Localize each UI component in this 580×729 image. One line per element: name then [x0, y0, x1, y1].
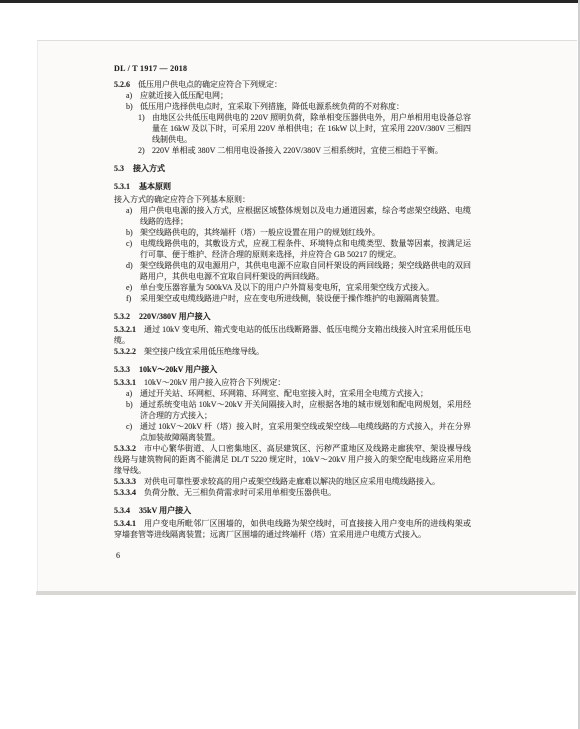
clause-number: 5.3.3.1: [114, 378, 136, 387]
list-item-e: e)单台变压器容量为 500kVA 及以下的用户户外简易变电所，宜采用架空线方式…: [114, 282, 471, 293]
item-marker: b): [126, 101, 133, 112]
heading-number: 5.3.4: [114, 506, 130, 515]
heading-5-3: 5.3接入方式: [114, 163, 471, 174]
item-marker: e): [126, 282, 132, 293]
heading-5-3-1: 5.3.1基本原则: [114, 181, 471, 192]
clause-text: 低压用户供电点的确定应符合下列规定：: [138, 80, 282, 89]
item-text: 220V 单相或 380V 二相用电设备接入 220V/380V 三相系统时，宜…: [152, 146, 443, 155]
heading-title: 接入方式: [133, 164, 165, 173]
item-marker: c): [126, 421, 132, 432]
clause-number: 5.3.3.2: [114, 444, 136, 453]
clause-text: 架空接户线宜采用低压绝缘导线。: [144, 347, 264, 356]
item-marker: a): [126, 205, 132, 216]
clause-5-3-2-1: 5.3.2.1通过 10kV 变电所、箱式变电站的低压出线断路器、低压电缆分支箱…: [114, 324, 471, 346]
heading-title: 220V/380V 用户接入: [139, 312, 211, 321]
item-marker: b): [126, 399, 133, 410]
item-marker: b): [126, 227, 133, 238]
item-text: 架空线路供电的，其终端杆（塔）一般应设置在用户的规划红线外。: [140, 228, 380, 237]
heading-number: 5.3: [114, 164, 124, 173]
item-text: 电缆线路供电的，其敷设方式，应视工程条件、环境特点和电缆类型、数量等因素，按满足…: [140, 239, 471, 259]
item-text: 通过 10kV～20kV 杆（塔）接入时，宜采用架空线或架空线—电缆线路的方式接…: [140, 422, 471, 442]
clause-number: 5.3.3.4: [114, 488, 136, 497]
item-text: 通过系统变电站 10kV～20kV 开关间隔接入时，应根据各地的城市规划和配电网…: [140, 400, 471, 420]
clause-number: 5.3.4.1: [114, 519, 136, 528]
clause-5-3-4-1: 5.3.4.1用户变电所毗邻厂区围墙的，如供电线路为架空线时，可直接接入用户变电…: [114, 518, 471, 540]
list-item-a: a)用户供电电源的接入方式，应根据区域整体规划以及电力通道因素，综合考虑架空线路…: [114, 205, 471, 227]
item-marker: f): [126, 293, 131, 304]
item-marker: 2): [138, 145, 145, 156]
clause-5-3-3-3: 5.3.3.3对供电可靠性要求较高的用户或架空线路走廊难以解决的地区应采用电缆线…: [114, 476, 471, 487]
clause-5-3-3-2: 5.3.3.2市中心繁华街道、人口密集地区、高层建筑区、污秽严重地区及线路走廊狭…: [114, 443, 471, 476]
item-text: 由地区公共低压电网供电的 220V 照明负荷，除单相变压器供电外，用户单相用电设…: [152, 113, 471, 144]
heading-number: 5.3.3: [114, 365, 130, 374]
item-text: 低压用户选择供电点时，宜采取下列措施，降低电源系统负荷的不对称度：: [140, 102, 404, 111]
list-item-f: f)采用架空或电缆线路进户时，应在变电所进线侧，装设便于操作维护的电源隔离装置。: [114, 293, 471, 304]
heading-5-3-3: 5.3.310kV～20kV 用户接入: [114, 364, 471, 375]
item-marker: c): [126, 238, 132, 249]
heading-title: 35kV 用户接入: [139, 506, 191, 515]
page-content: DL / T 1917 — 2018 5.2.6低压用户供电点的确定应符合下列规…: [114, 63, 471, 561]
clause-number: 5.3.2.1: [114, 325, 136, 334]
item-text: 架空线路供电的双电源用户，其供电电源不应取自同杆架设的两回线路；架空线路供电的双…: [140, 261, 471, 281]
heading-number: 5.3.2: [114, 312, 130, 321]
clause-number: 5.3.3.3: [114, 477, 136, 486]
list-item-b: b)低压用户选择供电点时，宜采取下列措施，降低电源系统负荷的不对称度：: [114, 101, 471, 112]
list-item-c: c)电缆线路供电的，其敷设方式，应视工程条件、环境特点和电缆类型、数量等因素，按…: [114, 238, 471, 260]
list-item-b: b)架空线路供电的，其终端杆（塔）一般应设置在用户的规划红线外。: [114, 227, 471, 238]
clause-text: 通过 10kV 变电所、箱式变电站的低压出线断路器、低压电缆分支箱出线接入时宜采…: [114, 325, 471, 345]
item-text: 通过开关站、环网柜、环网箱、环网室、配电室接入时，宜采用全电缆方式接入；: [140, 389, 428, 398]
item-text: 采用架空或电缆线路进户时，应在变电所进线侧，装设便于操作维护的电源隔离装置。: [140, 294, 444, 303]
scanned-document-view: { "theme": { "paper": "#fbfaf8", "ink": …: [0, 0, 580, 729]
clause-number: 5.3.2.2: [114, 347, 136, 356]
clause-text: 10kV～20kV 用户接入应符合下列规定：: [144, 378, 285, 387]
list-subitem-2: 2)220V 单相或 380V 二相用电设备接入 220V/380V 三相系统时…: [114, 145, 471, 156]
clause-number: 5.2.6: [114, 80, 130, 89]
clause-5-3-3-4: 5.3.3.4负荷分散、无三相负荷需求时可采用单相变压器供电。: [114, 487, 471, 498]
clause-text: 市中心繁华街道、人口密集地区、高层建筑区、污秽严重地区及线路走廊狭窄、架设裸导线…: [114, 444, 471, 475]
heading-title: 10kV～20kV 用户接入: [139, 365, 217, 374]
item-marker: a): [126, 388, 132, 399]
clause-5-2-6: 5.2.6低压用户供电点的确定应符合下列规定：: [114, 79, 471, 90]
list-item-d: d)架空线路供电的双电源用户，其供电电源不应取自同杆架设的两回线路；架空线路供电…: [114, 260, 471, 282]
item-text: 用户供电电源的接入方式，应根据区域整体规划以及电力通道因素，综合考虑架空线路、电…: [140, 206, 471, 226]
running-header: DL / T 1917 — 2018: [114, 63, 471, 74]
list-item-c: c)通过 10kV～20kV 杆（塔）接入时，宜采用架空线或架空线—电缆线路的方…: [114, 421, 471, 443]
paragraph-intro: 接入方式的确定应符合下列基本原则：: [114, 194, 471, 205]
heading-5-3-4: 5.3.435kV 用户接入: [114, 505, 471, 516]
list-subitem-1: 1)由地区公共低压电网供电的 220V 照明负荷，除单相变压器供电外，用户单相用…: [114, 112, 471, 145]
clause-text: 用户变电所毗邻厂区围墙的，如供电线路为架空线时，可直接接入用户变电所的进线构架或…: [114, 519, 471, 539]
heading-number: 5.3.1: [114, 182, 130, 191]
page-bottom-shadow: [36, 591, 576, 595]
item-text: 应就近接入低压配电网；: [140, 91, 228, 100]
list-item-a: a)应就近接入低压配电网；: [114, 90, 471, 101]
clause-5-3-2-2: 5.3.2.2架空接户线宜采用低压绝缘导线。: [114, 346, 471, 357]
item-marker: a): [126, 90, 132, 101]
list-item-a: a)通过开关站、环网柜、环网箱、环网室、配电室接入时，宜采用全电缆方式接入；: [114, 388, 471, 399]
heading-5-3-2: 5.3.2220V/380V 用户接入: [114, 311, 471, 322]
item-marker: 1): [138, 112, 145, 123]
page-number: 6: [114, 550, 471, 561]
clause-text: 负荷分散、无三相负荷需求时可采用单相变压器供电。: [144, 488, 336, 497]
document-page: DL / T 1917 — 2018 5.2.6低压用户供电点的确定应符合下列规…: [37, 40, 577, 592]
scan-artifact-top-bar: [0, 0, 580, 3]
clause-5-3-3-1: 5.3.3.110kV～20kV 用户接入应符合下列规定：: [114, 377, 471, 388]
item-marker: d): [126, 260, 133, 271]
list-item-b: b)通过系统变电站 10kV～20kV 开关间隔接入时，应根据各地的城市规划和配…: [114, 399, 471, 421]
item-text: 单台变压器容量为 500kVA 及以下的用户户外简易变电所，宜采用架空线方式接入…: [140, 283, 434, 292]
clause-text: 对供电可靠性要求较高的用户或架空线路走廊难以解决的地区应采用电缆线路接入。: [144, 477, 440, 486]
heading-title: 基本原则: [139, 182, 171, 191]
